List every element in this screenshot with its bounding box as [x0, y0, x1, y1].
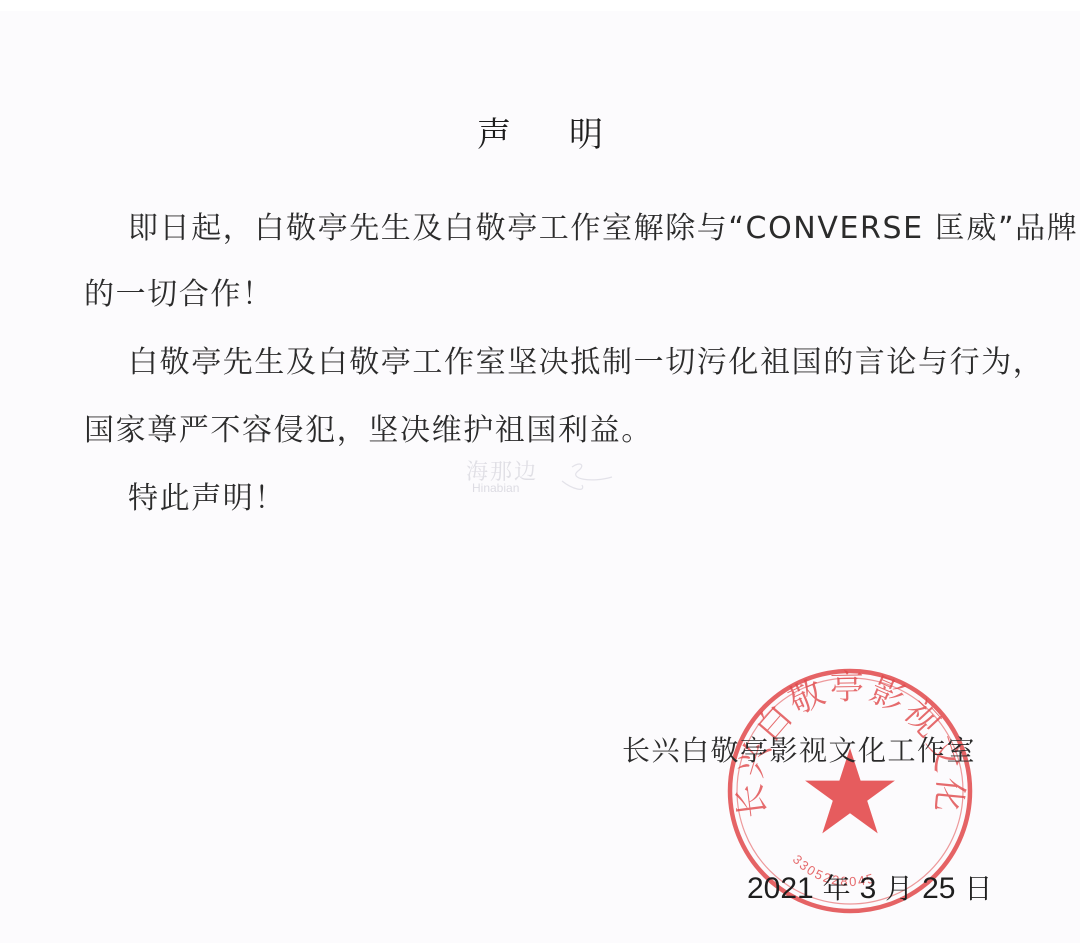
page-title: 声明	[0, 107, 1080, 156]
date-year-unit: 年	[823, 872, 851, 905]
title-char-2: 明	[569, 107, 603, 156]
signature-organization: 长兴白敬亭影视文化工作室	[622, 729, 976, 769]
watermark-en: Hinabian	[472, 481, 519, 495]
top-margin-strip	[0, 0, 1080, 11]
date-day: 25	[922, 872, 955, 905]
date-day-unit: 日	[964, 872, 992, 905]
paragraph-2-line-1: 白敬亭先生及白敬亭工作室坚决抵制一切污化祖国的言论与行为，	[128, 345, 1044, 381]
paragraph-1-line-2: 的一切合作！	[84, 277, 274, 313]
date-month: 3	[860, 872, 877, 905]
date-year: 2021	[747, 872, 814, 905]
watermark-swirl-icon	[552, 459, 622, 499]
paragraph-2-line-2: 国家尊严不容侵犯，坚决维护祖国利益。	[84, 413, 653, 449]
watermark-cn: 海那边	[466, 455, 538, 486]
title-char-1: 声	[477, 107, 511, 156]
paragraph-1-line-1: 即日起，白敬亭先生及白敬亭工作室解除与“CONVERSE 匡威”品牌	[128, 211, 1078, 247]
statement-document: 声明 即日起，白敬亭先生及白敬亭工作室解除与“CONVERSE 匡威”品牌 的一…	[0, 11, 1080, 943]
paragraph-3-closing: 特此声明！	[128, 481, 286, 517]
watermark: 海那边 Hinabian	[466, 455, 626, 515]
date-month-unit: 月	[885, 872, 913, 905]
signature-date: 2021 年 3 月 25 日	[747, 867, 992, 907]
